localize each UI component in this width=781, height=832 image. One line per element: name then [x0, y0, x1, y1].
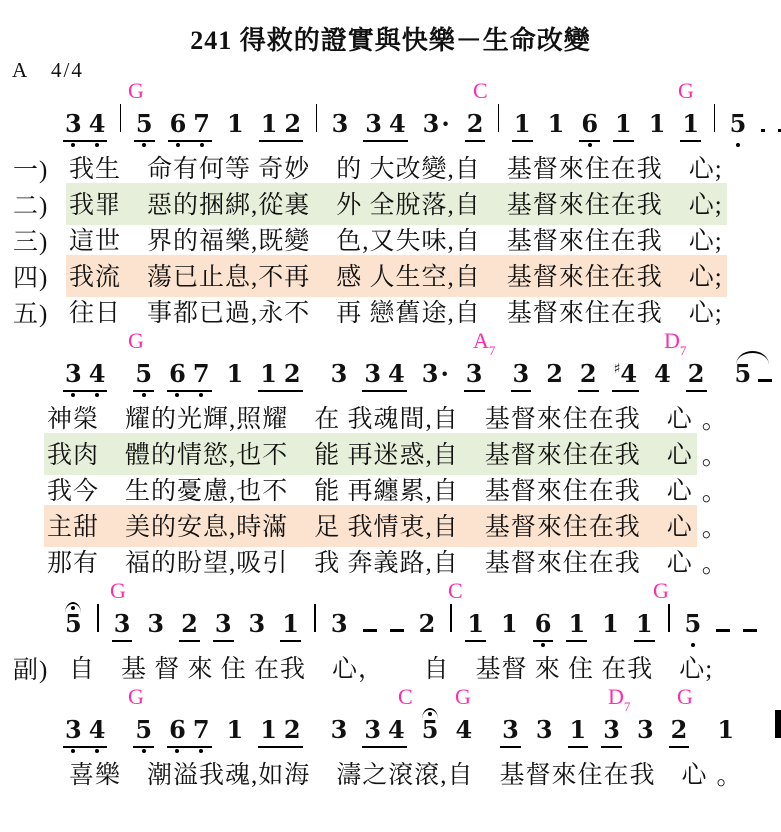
note-group: 3 — [112, 609, 133, 642]
note-number: 3 — [331, 359, 348, 388]
chord-label: G — [455, 684, 471, 710]
lyric-text: 那有 福的盼望,吸引 我 奔義路,自 基督來住在我 心 — [44, 541, 697, 583]
note-group: 1 — [225, 715, 246, 746]
note: 3 — [466, 359, 483, 388]
octave-dot-icon — [175, 393, 179, 397]
note-group: 5 — [133, 715, 154, 748]
note-number: 1 — [467, 609, 484, 638]
note-number: 3 — [331, 715, 348, 744]
note-number: 5 — [730, 109, 747, 138]
note: 3 — [331, 715, 348, 744]
note-group: 1 — [566, 609, 587, 642]
note-group: 12 — [259, 109, 303, 142]
note-number: 1 — [260, 359, 277, 388]
note: 2 — [671, 715, 688, 744]
barline-icon — [97, 604, 99, 632]
octave-dot-icon — [95, 143, 99, 147]
note-number: 5 — [735, 359, 752, 388]
note-group: 1 — [499, 609, 520, 640]
note-group: 1 — [465, 609, 486, 642]
note: 1 — [260, 359, 277, 388]
octave-dot-icon — [588, 143, 592, 147]
chord-label: G — [128, 78, 144, 104]
note: 2 — [546, 359, 563, 388]
note-number: 5 — [65, 609, 82, 638]
note-number: 3 — [331, 609, 348, 638]
note-group: 3· — [420, 359, 451, 390]
lyric-text: 往日 事都已過,永不 再 戀舊途,自 基督來住在我 心; — [66, 291, 727, 333]
note-number: 1 — [568, 609, 585, 638]
lyric-line: 四)我流 蕩已止息,不再 感 人生空,自 基督來住在我 心; — [0, 258, 781, 294]
note-number: 3 — [423, 109, 440, 138]
note: 5 — [65, 609, 82, 638]
note: 4 — [89, 359, 106, 388]
note: 3 — [65, 715, 82, 744]
note-number: 1 — [227, 359, 244, 388]
note-group: 2 — [465, 109, 486, 142]
note-number: 4 — [389, 109, 406, 138]
verse-label: 一) — [13, 150, 66, 186]
lyric-line: 神榮 耀的光輝,照耀 在 我魂間,自 基督來住在我 心。 — [0, 400, 781, 436]
note-number: 1 — [548, 109, 565, 138]
note: 3 — [331, 609, 348, 638]
note-group: 4 — [652, 359, 673, 390]
note: 3 — [215, 609, 232, 638]
note: 7 — [193, 109, 210, 138]
note-group: 2 — [179, 609, 200, 642]
notation-row: 5332331321161115 — [0, 604, 781, 648]
note: 2 — [419, 609, 436, 638]
note-number: 2 — [419, 609, 436, 638]
note: 3· — [422, 359, 449, 388]
octave-dot-icon — [71, 143, 75, 147]
lyric-line: 二)我罪 惡的捆綁,從裏 外 全脫落,自 基督來住在我 心; — [0, 186, 781, 222]
note: 6 — [169, 715, 186, 744]
note-group: 1 — [546, 109, 567, 140]
lyric-period: 。 — [702, 472, 728, 508]
octave-dot-icon — [541, 643, 545, 647]
note-group: 34 — [63, 359, 107, 392]
hymn-sheet: 241 得救的證實與快樂－生命改變 A 4/4 GCG345671123343·… — [0, 0, 781, 792]
song-title: 241 得救的證實與快樂－生命改變 — [0, 20, 781, 52]
lyric-line: 喜樂 潮溢我魂,如海 濤之滾滾,自 基督來住在我 心。 — [0, 756, 781, 792]
note-group: 6 — [533, 609, 554, 642]
chord-label: D7 — [608, 684, 630, 713]
note-group: 67 — [168, 109, 212, 142]
note-number: 5 — [422, 715, 439, 744]
chord-label: G — [128, 328, 144, 354]
note: 6 — [581, 109, 598, 138]
note-group: 3 — [330, 109, 351, 140]
note: 6 — [535, 609, 552, 638]
note: 5 — [730, 109, 747, 138]
octave-dot-icon — [71, 393, 75, 397]
note-number: 4 — [455, 715, 472, 744]
note-number: 7 — [193, 359, 210, 388]
lyric-period: 。 — [702, 508, 728, 544]
note-number: 3 — [364, 715, 381, 744]
note: 1 — [227, 715, 244, 744]
note-number: 5 — [135, 715, 152, 744]
note-group: 3 — [247, 609, 268, 640]
note-number: 4 — [388, 715, 405, 744]
system: GA7D7345671123343·3322♯44255神榮 耀的光輝,照耀 在… — [0, 330, 781, 580]
music-systems: GCG345671123343·21161115一)我生 命有何等 奇妙 的 大… — [0, 80, 781, 792]
note-group: 3 — [500, 715, 521, 748]
note-group: 1 — [680, 109, 701, 142]
note-number: 1 — [282, 609, 299, 638]
lyric-text: 喜樂 潮溢我魂,如海 濤之滾滾,自 基督來住在我 心 — [66, 753, 712, 795]
note: 2 — [467, 109, 484, 138]
note: 3· — [423, 109, 450, 138]
note: 4 — [388, 359, 405, 388]
verse-label: 副) — [13, 650, 66, 686]
note-number: 4 — [89, 359, 106, 388]
chord-row: GCG — [0, 80, 781, 104]
note-group: 2 — [669, 715, 690, 748]
note-number: 3 — [536, 715, 553, 744]
note: 6 — [170, 109, 187, 138]
verse-label: 三) — [13, 222, 66, 258]
octave-dot-icon — [95, 749, 99, 753]
note-number: 1 — [636, 609, 653, 638]
note-group: 1 — [512, 109, 533, 142]
note: 3 — [249, 609, 266, 638]
notation-row: 345671123343·21161115 — [0, 104, 781, 148]
octave-dot-icon — [736, 143, 740, 147]
note: 4 — [388, 715, 405, 744]
key-signature: A 4/4 — [12, 54, 781, 80]
note-number: 3 — [466, 359, 483, 388]
chord-row: GA7D7 — [0, 330, 781, 354]
note-group: 12 — [258, 359, 302, 392]
note-number: 2 — [671, 715, 688, 744]
note-group: 3 — [145, 609, 166, 640]
note-group: 34 — [63, 715, 107, 748]
note-number: 3 — [603, 715, 620, 744]
note-number: 1 — [261, 109, 278, 138]
note-number: 3 — [147, 609, 164, 638]
verse-label: 五) — [13, 294, 66, 330]
lyric-period: 。 — [702, 544, 728, 580]
note: 1 — [649, 109, 666, 138]
dash-note-icon — [761, 129, 764, 132]
note: 4 — [654, 359, 671, 388]
note-number: 1 — [682, 109, 699, 138]
note: 3 — [513, 359, 530, 388]
note-number: 4 — [89, 715, 106, 744]
lyric-line: 五)往日 事都已過,永不 再 戀舊途,自 基督來住在我 心; — [0, 294, 781, 330]
note-group: 34 — [362, 715, 406, 748]
note: 3 — [332, 109, 349, 138]
note: 3 — [331, 359, 348, 388]
note-number: 6 — [169, 359, 186, 388]
octave-dot-icon — [175, 749, 179, 753]
chord-label: G — [110, 578, 126, 604]
dot-after-icon: · — [441, 109, 449, 138]
dot-after-icon: · — [440, 359, 448, 388]
lyric-line: 我今 生的憂慮,也不 能 再纏累,自 基督來住在我 心。 — [0, 472, 781, 508]
lyric-period: 。 — [702, 400, 728, 436]
note-group: 1 — [600, 609, 621, 640]
note-group: 34 — [63, 109, 107, 142]
note-number: 1 — [260, 715, 277, 744]
note: 1 — [570, 715, 587, 744]
lyric-period: 。 — [702, 436, 728, 472]
note-number: 6 — [169, 715, 186, 744]
note: 1 — [636, 609, 653, 638]
note: 2 — [284, 109, 301, 138]
note-number: 1 — [602, 609, 619, 638]
system: GCG5332331321161115副)自 基 督 來 住 在我 心， 自 基… — [0, 580, 781, 686]
lyric-period: 。 — [717, 756, 743, 792]
chord-label: C — [398, 684, 413, 710]
note-number: 4 — [388, 359, 405, 388]
note: 1 — [717, 715, 734, 744]
note: 1 — [227, 109, 244, 138]
chord-label: G — [678, 78, 694, 104]
note: 3 — [364, 715, 381, 744]
note-number: 6 — [170, 109, 187, 138]
system: GCGD7G34567112334543313321喜樂 潮溢我魂,如海 濤之滾… — [0, 686, 781, 792]
octave-dot-icon — [691, 643, 695, 647]
chord-label: G — [677, 684, 693, 710]
note-group: 3 — [329, 609, 350, 640]
note-number: 5 — [135, 359, 152, 388]
note-number: 1 — [615, 109, 632, 138]
octave-dot-icon — [95, 393, 99, 397]
chord-row: GCGD7G — [0, 686, 781, 710]
note-group: 3 — [329, 715, 350, 746]
note-group: 5 — [134, 109, 155, 142]
note-group: 67 — [167, 359, 211, 392]
note-group: 34 — [362, 359, 406, 392]
note: 1 — [260, 715, 277, 744]
note: 5 — [135, 715, 152, 744]
note-group: 5 — [728, 109, 749, 140]
note: 4 — [389, 109, 406, 138]
note-number: 4 — [654, 359, 671, 388]
note: 1 — [227, 359, 244, 388]
note-number: 7 — [193, 109, 210, 138]
note: 1 — [568, 609, 585, 638]
chord-label: G — [128, 684, 144, 710]
note-number: 1 — [649, 109, 666, 138]
note: 3 — [536, 715, 553, 744]
note-number: 3 — [65, 109, 82, 138]
note: 4 — [89, 715, 106, 744]
lyric-line: 那有 福的盼望,吸引 我 奔義路,自 基督來住在我 心。 — [0, 544, 781, 580]
note-number: 5 — [685, 609, 702, 638]
note-number: 1 — [717, 715, 734, 744]
lyric-line: 一)我生 命有何等 奇妙 的 大改變,自 基督來住在我 心; — [0, 150, 781, 186]
note-group: 3 — [213, 609, 234, 642]
note: 1 — [282, 609, 299, 638]
note: 7 — [193, 715, 210, 744]
note-group: 6 — [579, 109, 600, 142]
note: ♯4 — [614, 359, 637, 388]
note-group: 1 — [647, 109, 668, 140]
barline-icon — [668, 604, 670, 632]
octave-dot-icon — [176, 143, 180, 147]
lyric-line: 副)自 基 督 來 住 在我 心， 自 基督 來 住 在我 心; — [0, 650, 781, 686]
note: 1 — [501, 609, 518, 638]
note: 1 — [682, 109, 699, 138]
note-number: 3 — [502, 715, 519, 744]
note: 1 — [615, 109, 632, 138]
note: 5 — [685, 609, 702, 638]
note: 3 — [637, 715, 654, 744]
note-number: 3 — [249, 609, 266, 638]
note-number: 3 — [365, 109, 382, 138]
octave-dot-icon — [199, 749, 203, 753]
octave-dot-icon — [71, 749, 75, 753]
note-group: 1 — [613, 109, 634, 142]
note-number: 7 — [193, 715, 210, 744]
note: 2 — [284, 359, 301, 388]
note-group: 2 — [686, 359, 707, 392]
note: 3 — [502, 715, 519, 744]
note-group: 5 — [63, 609, 84, 640]
lyric-line: 主甜 美的安息,時滿 足 我情衷,自 基督來住在我 心。 — [0, 508, 781, 544]
note-group: 1 — [634, 609, 655, 642]
note-group: 5 — [420, 715, 441, 746]
chord-label: A7 — [473, 328, 495, 357]
note: 7 — [193, 359, 210, 388]
notation-row: 34567112334543313321 — [0, 710, 781, 754]
note-number: 3 — [637, 715, 654, 744]
chord-label: D7 — [664, 328, 686, 357]
dash-note-icon — [758, 379, 772, 382]
verse-label: 二) — [13, 186, 66, 222]
note: 3 — [364, 359, 381, 388]
note-group: 2 — [578, 359, 599, 392]
note-number: 3 — [65, 715, 82, 744]
note-group: 3· — [421, 109, 452, 140]
note-number: 1 — [227, 715, 244, 744]
note: 2 — [688, 359, 705, 388]
note: 2 — [181, 609, 198, 638]
dash-note-icon — [716, 629, 730, 632]
note: 5 — [135, 359, 152, 388]
notation-row: 345671123343·3322♯44255 — [0, 354, 781, 398]
note-group: 2 — [417, 609, 438, 640]
note-number: 2 — [546, 359, 563, 388]
dash-note-icon — [363, 629, 377, 632]
note-group: 3 — [534, 715, 555, 746]
note-number: 1 — [227, 109, 244, 138]
sharp-icon: ♯ — [614, 361, 621, 377]
note-group: 3 — [464, 359, 485, 392]
chord-row: GCG — [0, 580, 781, 604]
dash-note-icon — [390, 629, 404, 632]
note: 6 — [169, 359, 186, 388]
note: 2 — [580, 359, 597, 388]
note-group: 1 — [568, 715, 589, 748]
note-number: 3 — [114, 609, 131, 638]
note-group: 5 — [733, 359, 775, 392]
note: 2 — [284, 715, 301, 744]
octave-dot-icon — [142, 393, 146, 397]
note-group: 34 — [363, 109, 407, 142]
note: 1 — [261, 109, 278, 138]
note-group: 67 — [167, 715, 211, 748]
note: 1 — [514, 109, 531, 138]
barline-icon — [314, 604, 316, 632]
note: 4 — [455, 715, 472, 744]
note-group: 12 — [258, 715, 302, 748]
note: 3 — [65, 109, 82, 138]
note: 5 — [422, 715, 439, 744]
note-number: 2 — [467, 109, 484, 138]
note: 3 — [114, 609, 131, 638]
note-number: 3 — [332, 109, 349, 138]
system: GCG345671123343·21161115一)我生 命有何等 奇妙 的 大… — [0, 80, 781, 330]
note-group: 5 — [683, 609, 704, 640]
chord-label: G — [653, 578, 669, 604]
note-group: 5 — [133, 359, 154, 392]
note-group: 1 — [280, 609, 301, 642]
note-number: 3 — [65, 359, 82, 388]
octave-dot-icon — [142, 749, 146, 753]
note-group: 3 — [511, 359, 532, 392]
note: 5 — [735, 359, 752, 388]
note-number: 1 — [514, 109, 531, 138]
octave-dot-icon — [199, 393, 203, 397]
chord-label: C — [448, 578, 463, 604]
note: 3 — [65, 359, 82, 388]
note-number: 3 — [215, 609, 232, 638]
note-number: 3 — [513, 359, 530, 388]
note-group: 1 — [225, 359, 246, 390]
note-group: 1 — [715, 715, 736, 746]
final-barline-icon — [775, 710, 781, 738]
note: 1 — [467, 609, 484, 638]
lyric-line: 我肉 體的情慾,也不 能 再迷惑,自 基督來住在我 心。 — [0, 436, 781, 472]
barline-icon — [450, 604, 452, 632]
note: 3 — [147, 609, 164, 638]
note-number: 2 — [284, 109, 301, 138]
note-group: 3 — [329, 359, 350, 390]
note: 5 — [136, 109, 153, 138]
lyric-line: 三)這世 界的福樂,既變 色,又失味,自 基督來住在我 心; — [0, 222, 781, 258]
note-group: 4 — [453, 715, 474, 746]
note: 1 — [602, 609, 619, 638]
note-number: 6 — [535, 609, 552, 638]
note-number: 4 — [620, 359, 637, 388]
note-number: 6 — [581, 109, 598, 138]
note-group: ♯4 — [612, 359, 639, 392]
note-group: 3 — [635, 715, 656, 746]
octave-dot-icon — [142, 143, 146, 147]
note-number: 3 — [364, 359, 381, 388]
lyric-text: 自 基 督 來 住 在我 心， 自 基督 來 住 在我 心; — [66, 647, 717, 689]
chord-label: C — [473, 78, 488, 104]
note: 1 — [548, 109, 565, 138]
note-number: 5 — [136, 109, 153, 138]
note-number: 1 — [501, 609, 518, 638]
note-group: 3 — [601, 715, 622, 748]
note-group: 2 — [544, 359, 565, 390]
note-number: 2 — [580, 359, 597, 388]
note-number: 1 — [570, 715, 587, 744]
dash-note-icon — [778, 129, 781, 132]
note: 3 — [603, 715, 620, 744]
verse-label: 四) — [13, 258, 66, 294]
note-number: 4 — [89, 109, 106, 138]
note: 3 — [365, 109, 382, 138]
dash-note-icon — [743, 629, 757, 632]
